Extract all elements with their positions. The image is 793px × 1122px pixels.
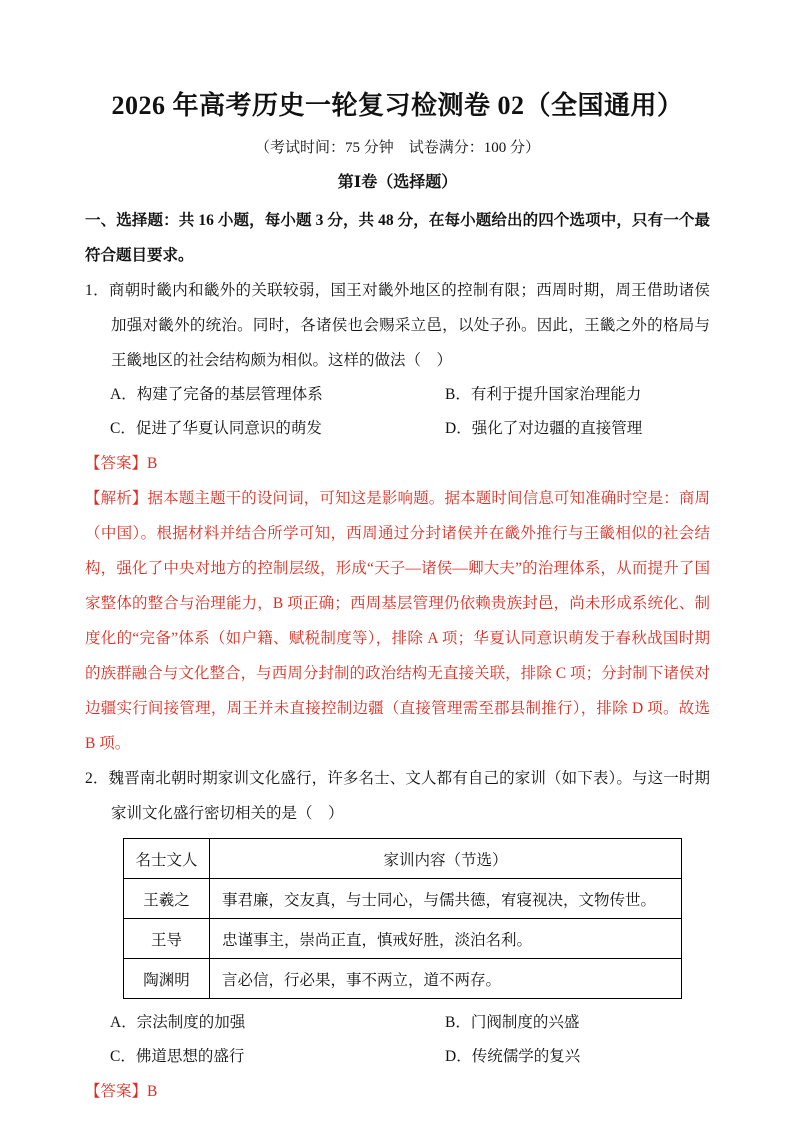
option-d-label: D． [445, 1048, 472, 1065]
option-b-label: B． [445, 1014, 471, 1031]
analysis-text: 据本题主题干的设问词，可知这是影响题。据本题时间信息可知准确时空是：商周（中国）… [85, 490, 710, 752]
table-row: 王导 忠谨事主，崇尚正直，慎戒好胜，淡泊名利。 [124, 919, 682, 959]
option-a-text: 宗法制度的加强 [137, 1014, 246, 1031]
table-cell-name: 王羲之 [124, 879, 210, 919]
option-a-label: A． [110, 386, 137, 403]
question-1-stem: 1．商朝时畿内和畿外的关联较弱，国王对畿外地区的控制有限；西周时期，周王借助诸侯… [85, 273, 710, 378]
table-cell-content: 事君廉，交友真，与士同心，与儒共德，宥寝视决，文物传世。 [210, 879, 682, 919]
table-header-celebrity: 名士文人 [124, 839, 210, 879]
page-title: 2026 年高考历史一轮复习检测卷 02（全国通用） [85, 88, 710, 124]
question-1-number: 1． [85, 282, 109, 299]
question-1-options: A．构建了完备的基层管理体系 B．有利于提升国家治理能力 C．促进了华夏认同意识… [110, 378, 710, 446]
table-row: 陶渊明 言必信，行必果，事不两立，道不两存。 [124, 959, 682, 999]
answer-value: B [147, 455, 157, 472]
option-a-label: A． [110, 1014, 137, 1031]
question-1-answer: 【答案】B [85, 446, 710, 481]
exam-time-score-info: （考试时间：75 分钟 试卷满分：100 分） [85, 137, 710, 159]
question-2: 2．魏晋南北朝时期家训文化盛行，许多名士、文人都有自己的家训（如下表）。与这一时… [85, 761, 710, 1109]
answer-value: B [147, 1083, 157, 1100]
exam-paper-page: 2026 年高考历史一轮复习检测卷 02（全国通用） （考试时间：75 分钟 试… [0, 0, 793, 1122]
analysis-label: 【解析】 [85, 490, 148, 507]
question-1-analysis: 【解析】据本题主题干的设问词，可知这是影响题。据本题时间信息可知准确时空是：商周… [85, 481, 710, 761]
option-b-text: 有利于提升国家治理能力 [471, 386, 642, 403]
option-a-text: 构建了完备的基层管理体系 [137, 386, 323, 403]
option-c-label: C． [110, 1048, 136, 1065]
table-header-row: 名士文人 家训内容（节选） [124, 839, 682, 879]
question-2-answer: 【答案】B [85, 1074, 710, 1109]
option-d-text: 传统儒学的复兴 [472, 1048, 581, 1065]
table-cell-name: 王导 [124, 919, 210, 959]
option-d-label: D． [445, 420, 472, 437]
option-c-label: C． [110, 420, 136, 437]
question-2-option-c: C．佛道思想的盛行 [110, 1040, 445, 1074]
table-cell-content: 言必信，行必果，事不两立，道不两存。 [210, 959, 682, 999]
question-1: 1．商朝时畿内和畿外的关联较弱，国王对畿外地区的控制有限；西周时期，周王借助诸侯… [85, 273, 710, 761]
question-1-text: 商朝时畿内和畿外的关联较弱，国王对畿外地区的控制有限；西周时期，周王借助诸侯加强… [109, 282, 710, 369]
family-precepts-table: 名士文人 家训内容（节选） 王羲之 事君廉，交友真，与士同心，与儒共德，宥寝视决… [123, 838, 682, 999]
answer-label: 【答案】 [85, 455, 147, 472]
question-2-option-d: D．传统儒学的复兴 [445, 1040, 710, 1074]
question-2-stem: 2．魏晋南北朝时期家训文化盛行，许多名士、文人都有自己的家训（如下表）。与这一时… [85, 761, 710, 831]
table-cell-content: 忠谨事主，崇尚正直，慎戒好胜，淡泊名利。 [210, 919, 682, 959]
table-header-precept-content: 家训内容（节选） [210, 839, 682, 879]
question-1-option-a: A．构建了完备的基层管理体系 [110, 378, 445, 412]
option-b-text: 门阀制度的兴盛 [471, 1014, 580, 1031]
question-2-number: 2． [85, 770, 109, 787]
question-2-options: A．宗法制度的加强 B．门阀制度的兴盛 C．佛道思想的盛行 D．传统儒学的复兴 [110, 1006, 710, 1074]
answer-label: 【答案】 [85, 1083, 147, 1100]
question-1-option-c: C．促进了华夏认同意识的萌发 [110, 412, 445, 446]
section-header: 第Ⅰ卷（选择题） [85, 171, 710, 195]
question-1-option-d: D．强化了对边疆的直接管理 [445, 412, 710, 446]
choice-section-instruction: 一、选择题：共 16 小题，每小题 3 分，共 48 分，在每小题给出的四个选项… [85, 203, 710, 273]
question-1-option-b: B．有利于提升国家治理能力 [445, 378, 710, 412]
option-d-text: 强化了对边疆的直接管理 [472, 420, 643, 437]
question-2-option-b: B．门阀制度的兴盛 [445, 1006, 710, 1040]
table-row: 王羲之 事君廉，交友真，与士同心，与儒共德，宥寝视决，文物传世。 [124, 879, 682, 919]
option-c-text: 促进了华夏认同意识的萌发 [136, 420, 322, 437]
table-cell-name: 陶渊明 [124, 959, 210, 999]
question-2-option-a: A．宗法制度的加强 [110, 1006, 445, 1040]
option-b-label: B． [445, 386, 471, 403]
option-c-text: 佛道思想的盛行 [136, 1048, 245, 1065]
question-2-text: 魏晋南北朝时期家训文化盛行，许多名士、文人都有自己的家训（如下表）。与这一时期家… [109, 770, 710, 822]
